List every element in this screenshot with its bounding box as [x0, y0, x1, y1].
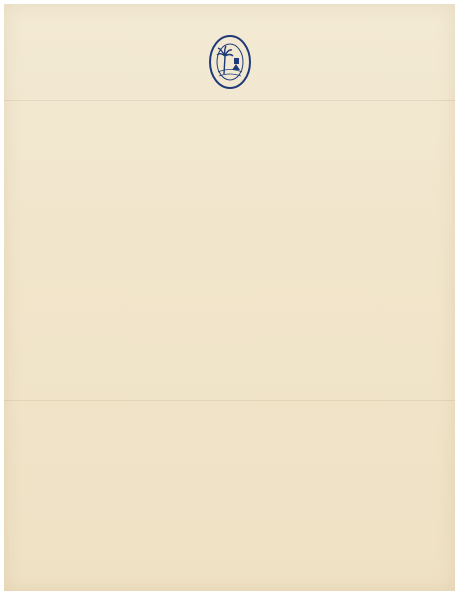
letter-page [4, 4, 455, 591]
paper-fold [4, 400, 455, 401]
manila-hotel-logo-icon [208, 34, 252, 90]
paper-fold [4, 100, 455, 101]
